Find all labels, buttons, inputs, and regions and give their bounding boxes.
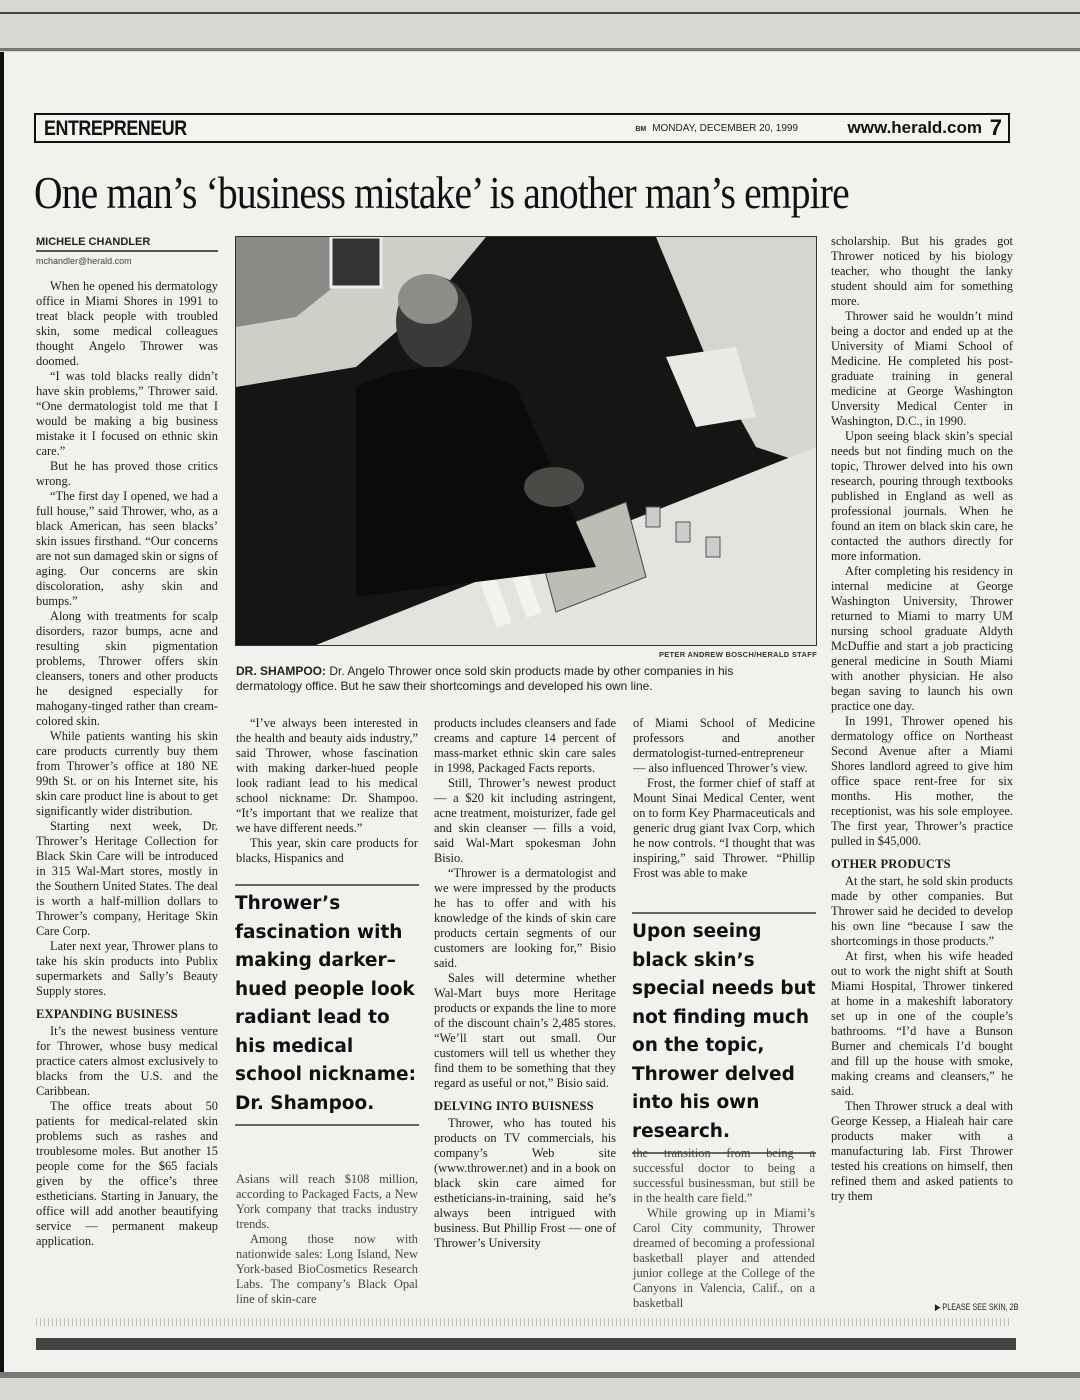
paragraph: At the start, he sold skin products made… [831,874,1013,949]
paragraph: of Miami School of Medicine professors a… [633,716,815,776]
paragraph: Asians will reach $108 million, accordin… [236,1172,418,1232]
paragraph: Frost, the former chief of staff at Moun… [633,776,815,881]
article-photo [235,236,817,646]
section-name: ENTREPRENEUR [44,117,187,141]
paragraph: “I was told blacks really didn’t have sk… [36,369,218,459]
headline: One man’s ‘business mistake’ is another … [34,166,877,219]
paragraph: “The first day I opened, we had a full h… [36,489,218,609]
paragraph: Along with treatments for scalp disorder… [36,609,218,729]
paragraph: Still, Thrower’s newest product — a $20 … [434,776,616,866]
paragraph: products includes cleansers and fade cre… [434,716,616,776]
paragraph: Upon seeing black skin’s special needs b… [831,429,1013,564]
paragraph: Then Thrower struck a deal with George K… [831,1099,1013,1204]
paragraph: The office treats about 50 patients for … [36,1099,218,1249]
paragraph: In 1991, Thrower opened his dermatology … [831,714,1013,849]
paragraph: Among those now with nationwide sales: L… [236,1232,418,1307]
pull-quote-2: Upon seeing black skin’s special needs b… [632,912,816,1154]
photo-credit: PETER ANDREW BOSCH/HERALD STAFF [659,650,817,659]
paragraph: the transition from being a successful d… [633,1146,815,1206]
paragraph: It’s the newest business venture for Thr… [36,1024,218,1099]
viewer-toolbar-band [0,14,1080,51]
column-2-continued: Asians will reach $108 million, accordin… [236,1172,418,1307]
paragraph: Starting next week, Dr. Thrower’s Herita… [36,819,218,939]
bottom-bar [36,1338,1016,1350]
paragraph: Thrower said he wouldn’t mind being a do… [831,309,1013,429]
paragraph: But he has proved those critics wrong. [36,459,218,489]
paragraph: When he opened his dermatology office in… [36,279,218,369]
section-header: ENTREPRENEUR BMMONDAY, DECEMBER 20, 1999… [34,113,1010,143]
subhead-other-products: OTHER PRODUCTS [831,857,1013,872]
paragraph: “Thrower is a dermatologist and we were … [434,866,616,971]
subhead-delving-into-business: DELVING INTO BUISNESS [434,1099,616,1114]
column-3: products includes cleansers and fade cre… [434,716,616,1251]
paragraph: Sales will determine whether Wal-Mart bu… [434,971,616,1091]
column-1: When he opened his dermatology office in… [36,279,218,1249]
author-email: mchandler@herald.com [36,256,132,266]
paragraph: At first, when his wife headed out to wo… [831,949,1013,1099]
paragraph: Later next year, Thrower plans to take h… [36,939,218,999]
pull-quote-1: Thrower’s fascination with making darker… [235,884,419,1126]
byline: MICHELE CHANDLER [36,236,218,252]
paragraph: While growing up in Miami’s Carol City c… [633,1206,815,1311]
paragraph: “I’ve always been interested in the heal… [236,716,418,836]
date: MONDAY, DECEMBER 20, 1999 [652,123,798,134]
column-4-continued: the transition from being a successful d… [633,1146,815,1311]
paragraph: Thrower, who has touted his products on … [434,1116,616,1251]
viewer-background [0,1378,1080,1400]
column-4: of Miami School of Medicine professors a… [633,716,815,881]
subhead-expanding-business: EXPANDING BUSINESS [36,1007,218,1022]
photo-caption: DR. SHAMPOO: Dr. Angelo Thrower once sol… [236,664,796,694]
paragraph: scholarship. But his grades got Thrower … [831,234,1013,309]
jump-line: ▶ PLEASE SEE SKIN, 2B [934,1302,1018,1313]
paragraph: While patients wanting his skin care pro… [36,729,218,819]
page-number: 7 [990,115,1002,141]
website-url: www.herald.com [848,118,982,138]
caption-lead: DR. SHAMPOO: [236,664,326,678]
dateline: BMMONDAY, DECEMBER 20, 1999 [635,123,798,134]
paragraph: This year, skin care products for blacks… [236,836,418,866]
column-2: “I’ve always been interested in the heal… [236,716,418,866]
edition-mark: BM [635,126,646,133]
top-bar [0,0,1080,14]
decorative-rule [36,1318,1012,1326]
paragraph: After completing his residency in intern… [831,564,1013,714]
column-5: scholarship. But his grades got Thrower … [831,234,1013,1204]
photo-image-icon [236,237,816,645]
